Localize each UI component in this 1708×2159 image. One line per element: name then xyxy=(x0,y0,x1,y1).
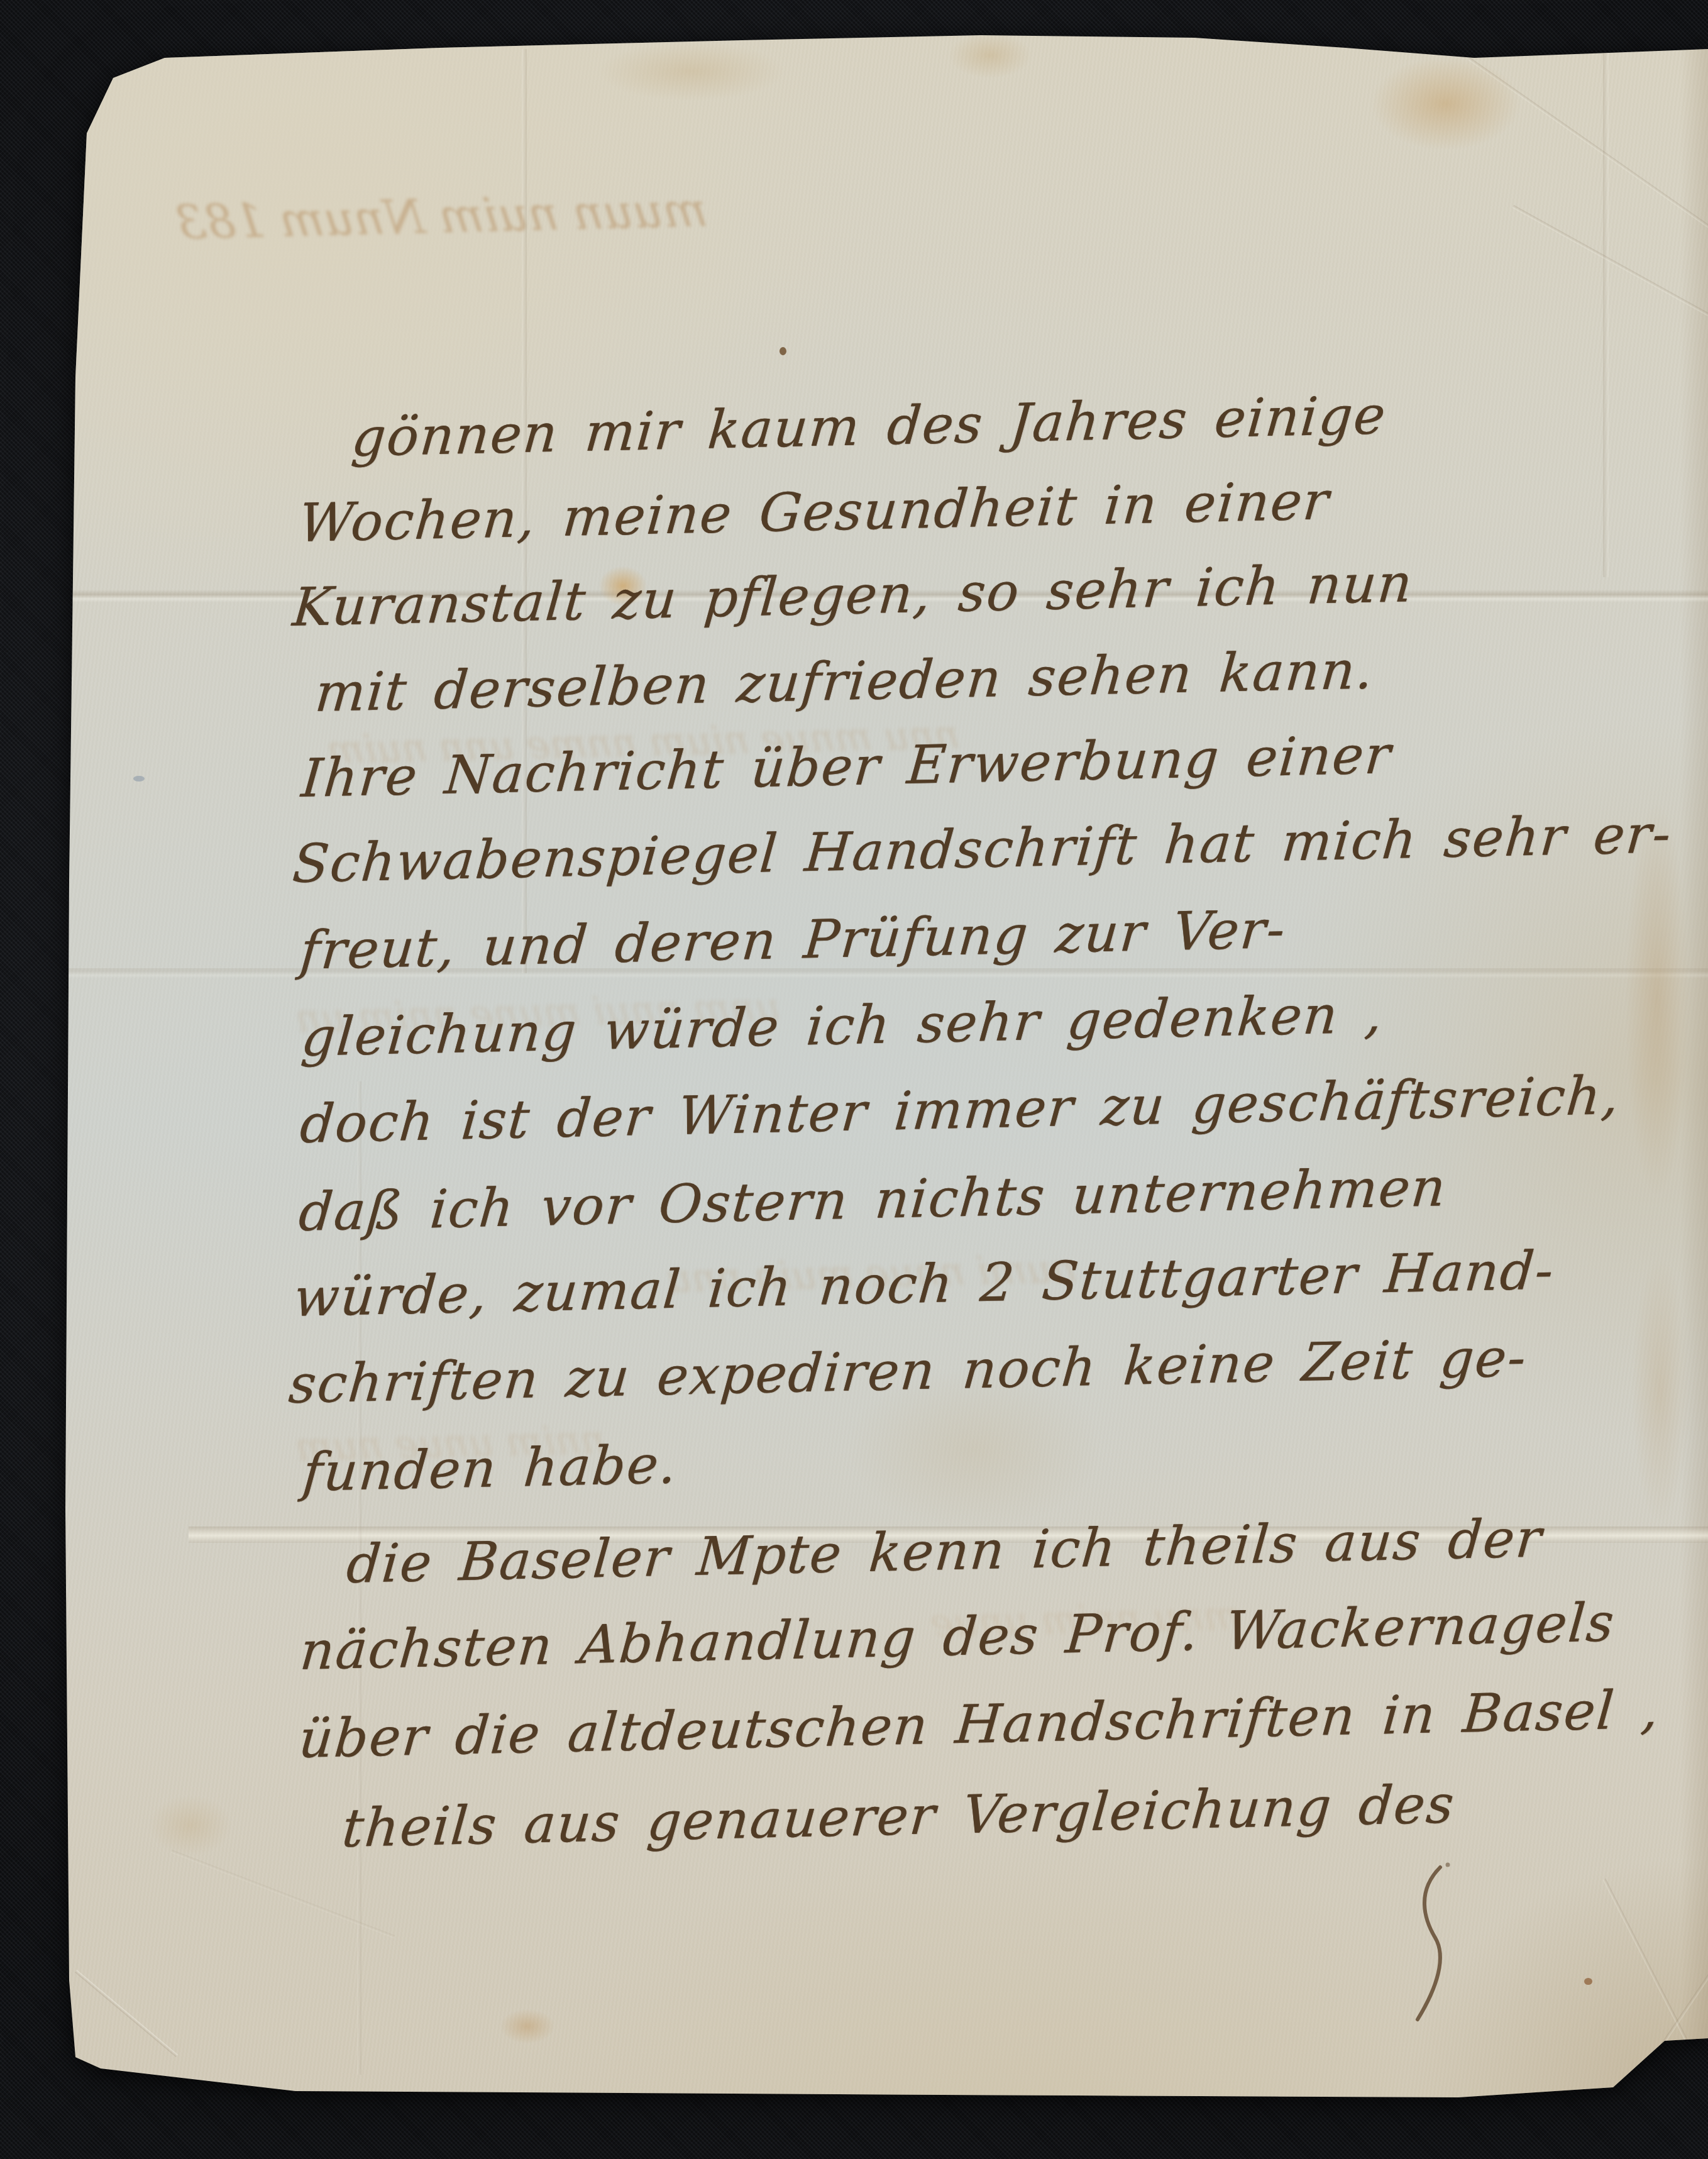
stain xyxy=(949,33,1031,78)
handwritten-line: Schwabenspiegel Handschrift hat mich seh… xyxy=(290,806,1674,892)
handwritten-line: Wochen, meine Gesundheit in einer xyxy=(297,473,1331,551)
ink-fleck xyxy=(1584,1978,1592,1985)
handwritten-line: Kuranstalt zu pflegen, so sehr ich nun xyxy=(290,555,1415,635)
corner-crumple-crease xyxy=(1603,1879,1692,2048)
corner-fold-crease xyxy=(75,1970,178,2057)
stain xyxy=(500,2009,554,2043)
letter-page: muun nuim Nnum 183 nnu mnue nium nnme un… xyxy=(0,0,1708,2159)
stain xyxy=(1632,1257,1689,1521)
ink-fleck xyxy=(780,347,786,355)
handwritten-line: mit derselben zufrieden sehen kann. xyxy=(313,642,1376,721)
handwritten-line: nächsten Abhandlung des Prof. Wackernage… xyxy=(298,1594,1617,1679)
corner-crease xyxy=(1468,57,1708,247)
fold-crease-vertical xyxy=(1603,49,1609,577)
handwritten-line: schriften zu expediren noch keine Zeit g… xyxy=(287,1330,1529,1412)
handwritten-line: die Baseler Mpte kenn ich theils aus der xyxy=(344,1510,1545,1592)
letter-page-wrapper: muun nuim Nnum 183 nnu mnue nium nnme un… xyxy=(0,0,1708,2159)
handwritten-line: gönnen mir kaum des Jahres einige xyxy=(350,387,1389,465)
bleedthrough-text: muun nuim Nnum 183 xyxy=(173,187,710,246)
stain xyxy=(1370,57,1521,151)
paper-fleck xyxy=(133,776,145,781)
handwritten-line: theils aus genauerer Vergleichung des xyxy=(340,1776,1457,1856)
corner-crease xyxy=(1512,205,1708,339)
handwritten-line: funden habe. xyxy=(300,1437,680,1500)
corner-crumple-crease xyxy=(1661,1893,1708,2046)
ink-flourish-stroke xyxy=(1399,1861,1474,2043)
stain xyxy=(597,41,786,101)
wrinkle-crease xyxy=(171,1850,395,1938)
handwritten-line: würde, zumal ich noch 2 Stuttgarter Hand… xyxy=(292,1242,1556,1325)
handwritten-line: daß ich vor Ostern nichts unternehmen xyxy=(297,1159,1448,1240)
stain xyxy=(150,1796,231,1855)
handwritten-line: freut, und deren Prüfung zur Ver- xyxy=(298,902,1288,979)
handwritten-line: doch ist der Winter immer zu geschäftsre… xyxy=(298,1068,1622,1152)
handwritten-line: über die altdeutschen Handschriften in B… xyxy=(297,1682,1662,1767)
scan-background: { "scan": { "background_color": "#141518… xyxy=(0,0,1708,2159)
